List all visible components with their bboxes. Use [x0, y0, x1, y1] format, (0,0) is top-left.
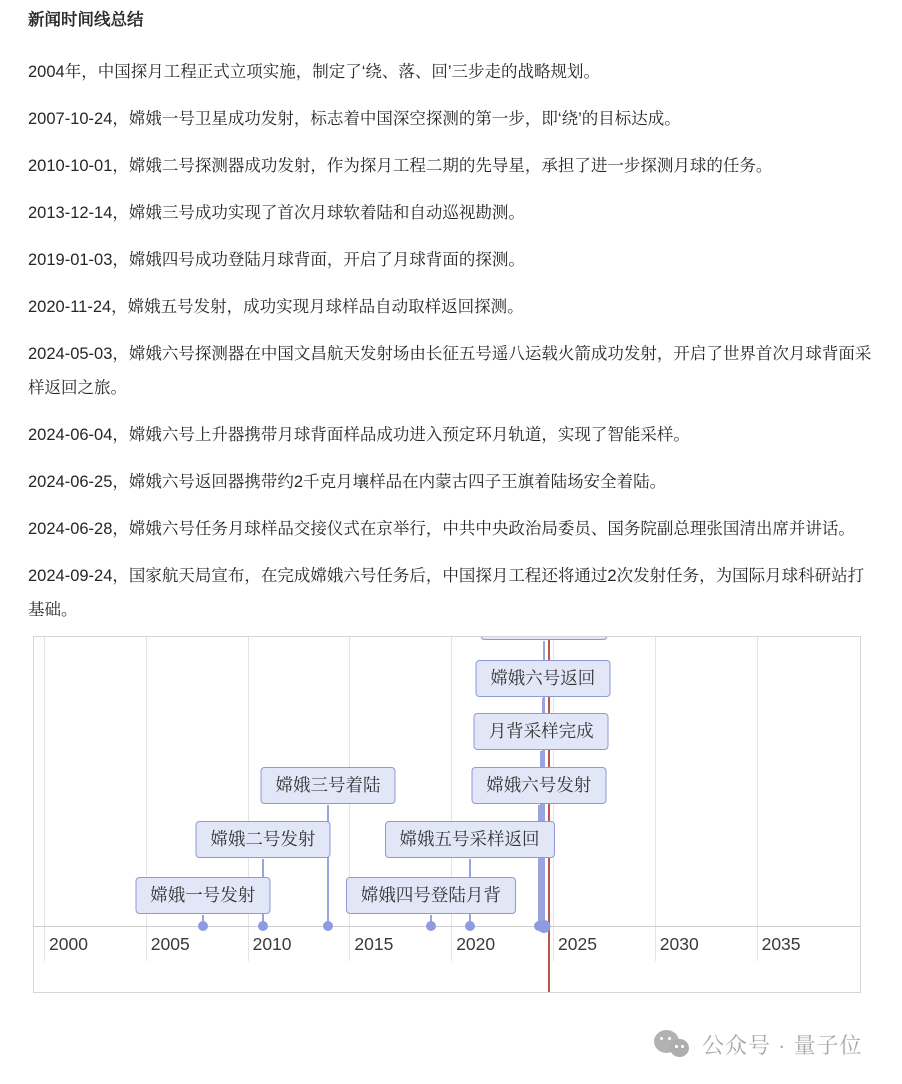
timeline-entry: 2007-10-24，嫦娥一号卫星成功发射，标志着中国深空探测的第一步，即‘绕’… — [28, 102, 874, 136]
event-dot — [323, 921, 333, 931]
gridline — [655, 637, 656, 961]
timeline-entry: 2024-06-04，嫦娥六号上升器携带月球背面样品成功进入预定环月轨道，实现了… — [28, 418, 874, 452]
timeline-entry: 2024-09-24，国家航天局宣布，在完成嫦娥六号任务后，中国探月工程还将通过… — [28, 559, 874, 627]
axis-tick-label: 2015 — [354, 929, 393, 959]
watermark: 公众号 · 量子位 — [654, 1029, 863, 1059]
timeline-entry: 2024-06-25，嫦娥六号返回器携带约2千克月壤样品在内蒙古四子王旗着陆场安… — [28, 465, 874, 499]
news-timeline-page: 新闻时间线总结 2004年，中国探月工程正式立项实施，制定了‘绕、落、回’三步走… — [0, 0, 902, 993]
axis-tick-label: 2020 — [456, 929, 495, 959]
watermark-text: 公众号 · 量子位 — [702, 1029, 863, 1060]
event-label-box — [480, 636, 607, 640]
axis-tick-label: 2000 — [49, 929, 88, 959]
event-label-box: 嫦娥五号采样返回 — [385, 821, 555, 858]
event-dot — [426, 921, 436, 931]
axis-tick-label: 2005 — [151, 929, 190, 959]
event-dot — [258, 921, 268, 931]
timeline-entry: 2004年，中国探月工程正式立项实施，制定了‘绕、落、回’三步走的战略规划。 — [28, 55, 874, 89]
event-label-box: 月背采样完成 — [474, 713, 609, 750]
event-dot — [537, 920, 550, 933]
axis-tick-label: 2030 — [660, 929, 699, 959]
x-axis-line — [34, 926, 860, 927]
event-label-box: 嫦娥四号登陆月背 — [346, 877, 516, 914]
timeline-entry: 2013-12-14，嫦娥三号成功实现了首次月球软着陆和自动巡视勘测。 — [28, 196, 874, 230]
event-dot — [198, 921, 208, 931]
timeline-chart: 20002005201020152020202520302035嫦娥一号发射嫦娥… — [33, 636, 861, 993]
event-dot — [465, 921, 475, 931]
wechat-bubble-front — [670, 1039, 689, 1057]
axis-tick-label: 2010 — [253, 929, 292, 959]
page-title: 新闻时间线总结 — [28, 8, 874, 32]
axis-tick-label: 2025 — [558, 929, 597, 959]
timeline-entry: 2020-11-24，嫦娥五号发射，成功实现月球样品自动取样返回探测。 — [28, 290, 874, 324]
event-label-box: 嫦娥六号返回 — [475, 660, 610, 697]
timeline-entry: 2024-05-03，嫦娥六号探测器在中国文昌航天发射场由长征五号遥八运载火箭成… — [28, 337, 874, 405]
event-label-box: 嫦娥一号发射 — [135, 877, 270, 914]
timeline-entry: 2010-10-01，嫦娥二号探测器成功发射，作为探月工程二期的先导星，承担了进… — [28, 149, 874, 183]
event-label-box: 嫦娥六号发射 — [471, 767, 606, 804]
event-label-box: 嫦娥二号发射 — [195, 821, 330, 858]
wechat-icon — [654, 1029, 694, 1059]
axis-tick-label: 2035 — [762, 929, 801, 959]
gridline — [757, 637, 758, 961]
timeline-entry: 2024-06-28，嫦娥六号任务月球样品交接仪式在京举行，中共中央政治局委员、… — [28, 512, 874, 546]
timeline-summary-text: 2004年，中国探月工程正式立项实施，制定了‘绕、落、回’三步走的战略规划。20… — [28, 55, 874, 627]
gridline — [44, 637, 45, 961]
timeline-entry: 2019-01-03，嫦娥四号成功登陆月球背面，开启了月球背面的探测。 — [28, 243, 874, 277]
event-label-box: 嫦娥三号着陆 — [261, 767, 396, 804]
